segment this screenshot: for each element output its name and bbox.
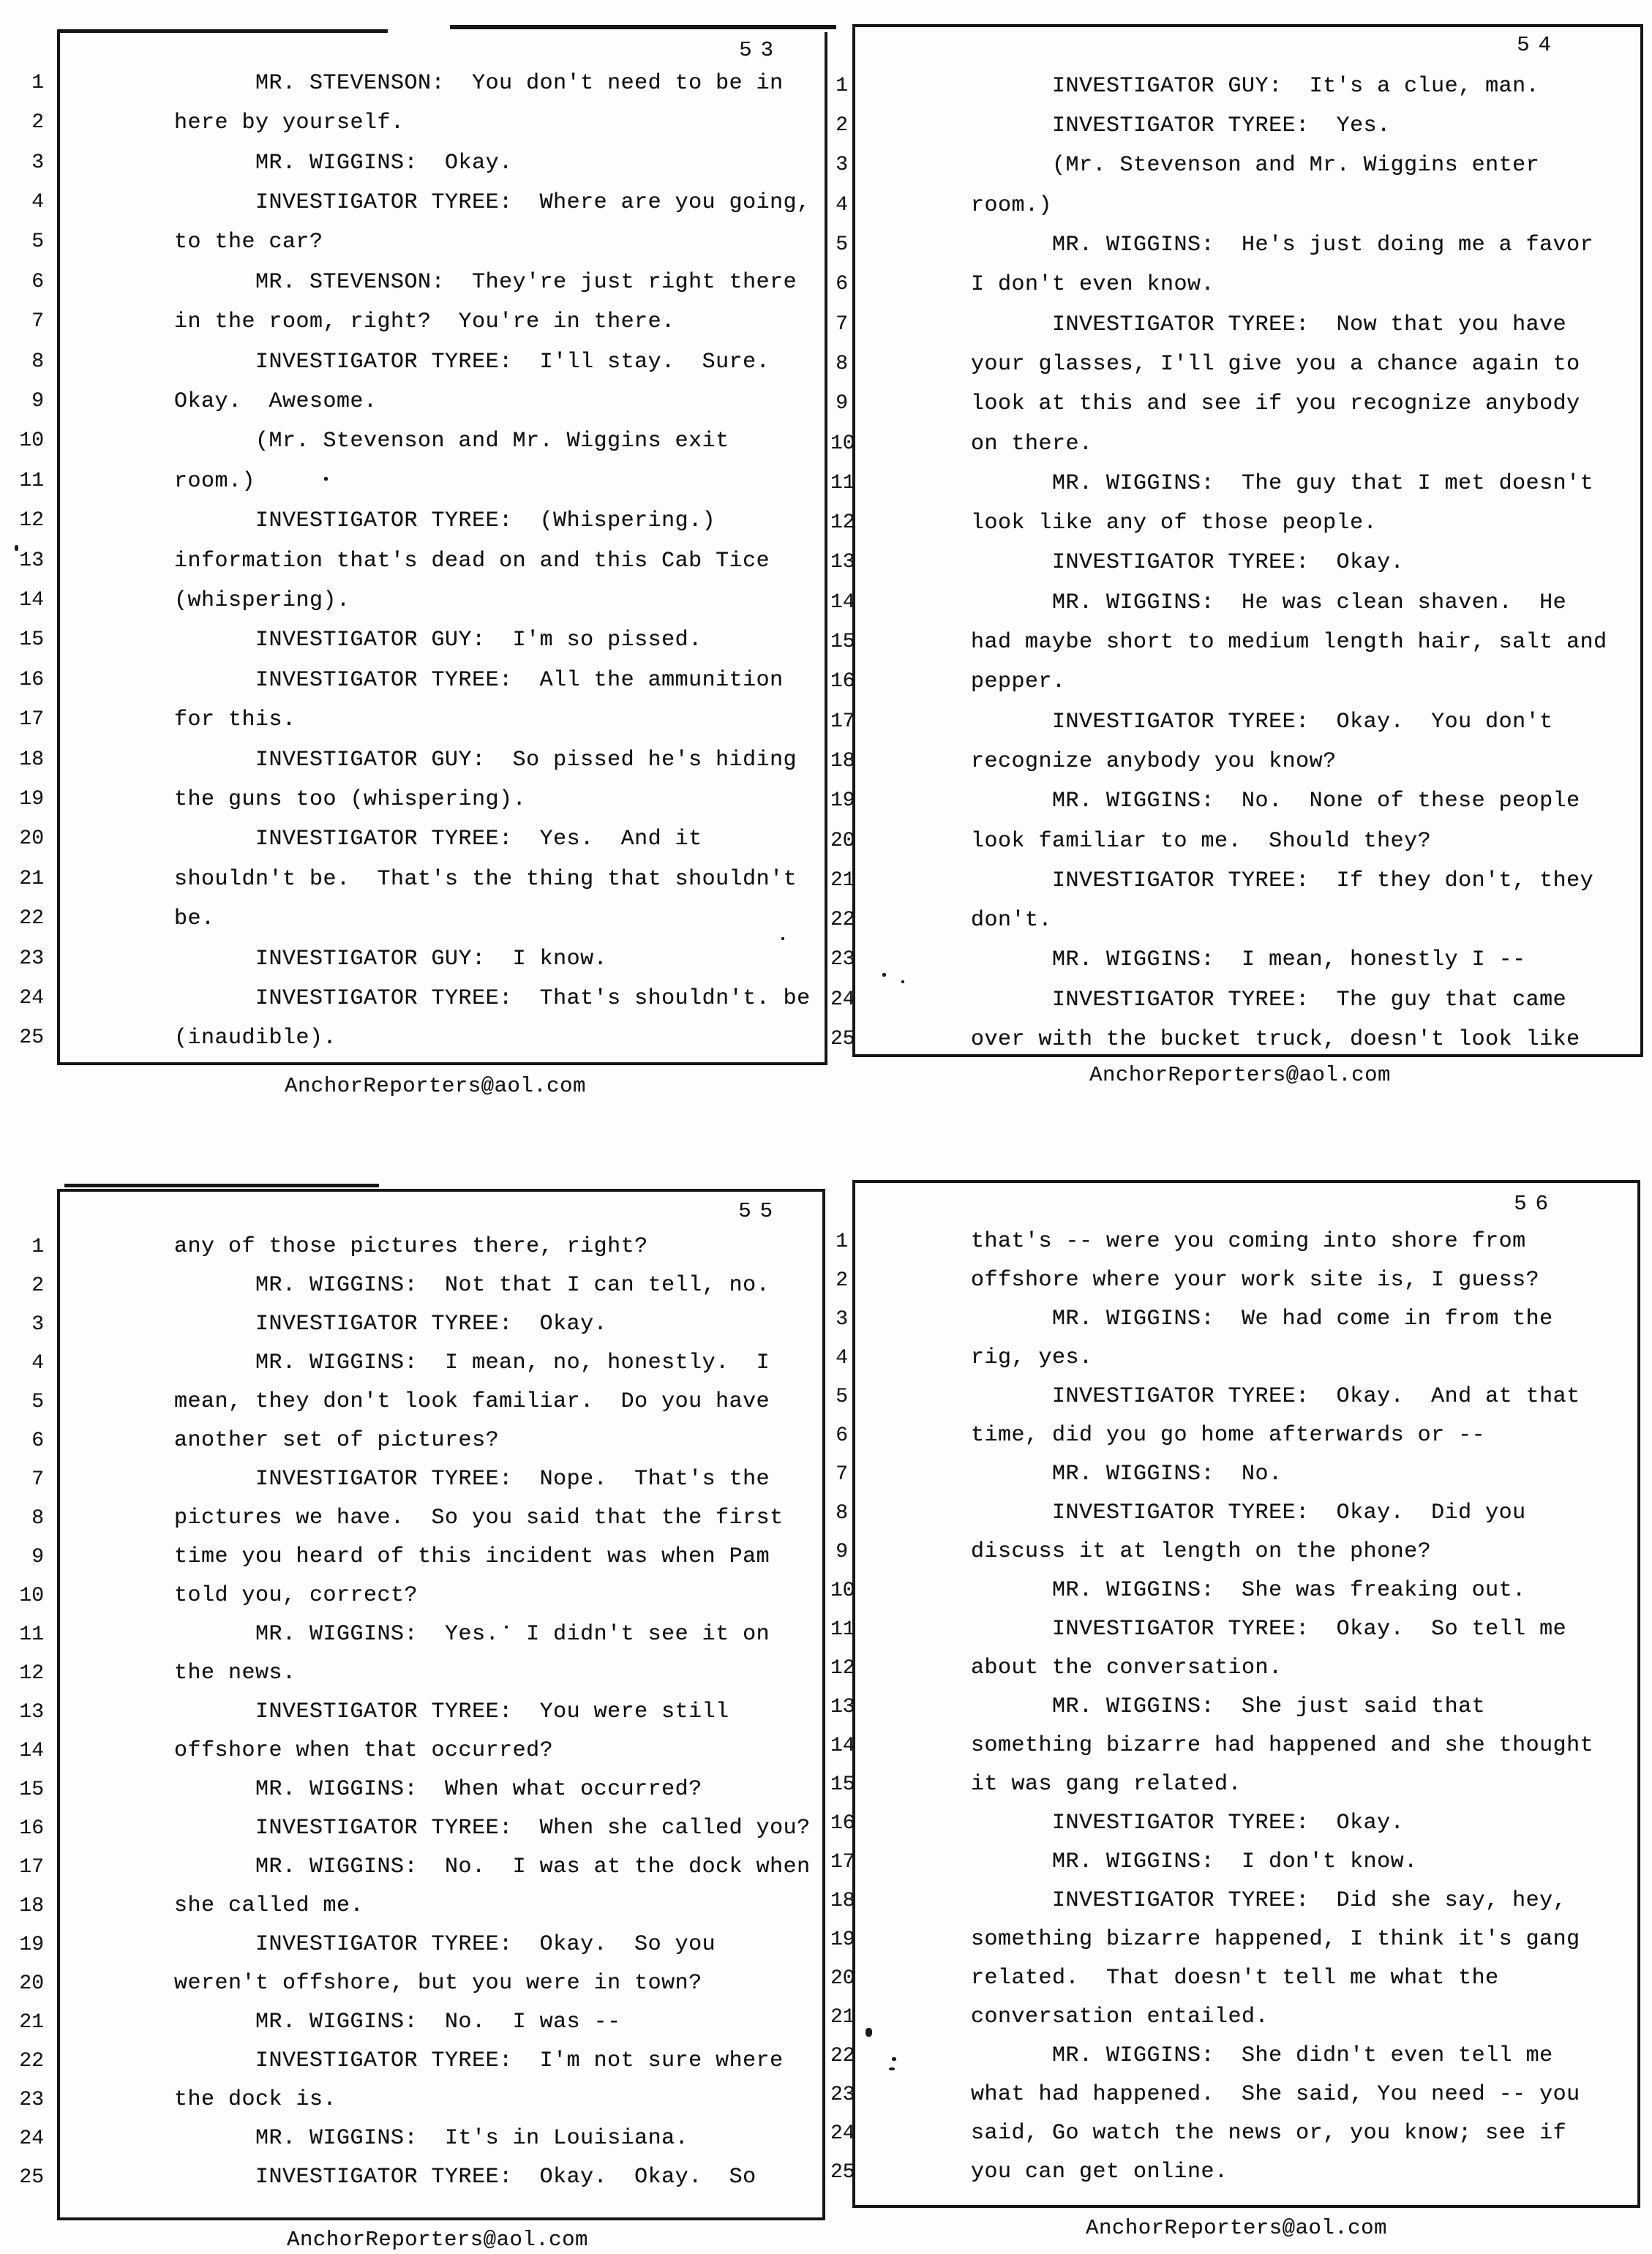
transcript-line-row: 14 MR. WIGGINS: He was clean shaven. He xyxy=(855,583,1640,623)
line-text: about the conversation. xyxy=(971,1649,1283,1688)
line-text: on there. xyxy=(971,424,1093,464)
line-text: INVESTIGATOR GUY: It's a clue, man. xyxy=(971,67,1539,106)
line-text: MR. WIGGINS: I mean, honestly I -- xyxy=(971,940,1526,980)
page-border-segment xyxy=(64,1184,379,1187)
line-number: 5 xyxy=(15,222,44,262)
transcript-line-row: 8pictures we have. So you said that the … xyxy=(60,1499,822,1538)
line-number: 15 xyxy=(830,623,848,662)
line-number: 17 xyxy=(15,700,44,740)
transcript-line-row: 10 (Mr. Stevenson and Mr. Wiggins exit xyxy=(60,421,825,461)
line-text: related. That doesn't tell me what the xyxy=(971,1959,1499,1998)
line-number: 1 xyxy=(15,64,44,103)
transcript-line-row: 16 INVESTIGATOR TYREE: All the ammunitio… xyxy=(60,661,825,700)
line-number: 20 xyxy=(15,819,44,859)
line-number: 23 xyxy=(830,2075,848,2114)
transcript-line-row: 23 INVESTIGATOR GUY: I know. xyxy=(60,939,825,979)
transcript-line-row: 6 MR. STEVENSON: They're just right ther… xyxy=(60,263,825,302)
line-number: 4 xyxy=(830,186,848,225)
line-text: to the car? xyxy=(174,222,323,262)
line-number: 21 xyxy=(15,2003,44,2042)
line-number: 8 xyxy=(830,1494,848,1533)
line-number: 2 xyxy=(830,1261,848,1300)
line-text: INVESTIGATOR TYREE: Okay. Did you xyxy=(971,1494,1526,1533)
line-number: 22 xyxy=(15,2042,44,2081)
line-number: 1 xyxy=(830,67,848,106)
transcript-line-row: 10 MR. WIGGINS: She was freaking out. xyxy=(855,1571,1637,1610)
line-number: 19 xyxy=(15,780,44,819)
transcript-line-row: 24 MR. WIGGINS: It's in Louisiana. xyxy=(60,2119,822,2158)
line-number: 6 xyxy=(830,265,848,304)
line-text: the news. xyxy=(174,1654,296,1693)
line-number: 3 xyxy=(15,1305,44,1344)
line-number: 16 xyxy=(15,661,44,700)
transcript-line-row: 10on there. xyxy=(855,424,1640,464)
line-number: 11 xyxy=(15,1615,44,1654)
transcript-line-row: 12 INVESTIGATOR TYREE: (Whispering.) xyxy=(60,501,825,541)
line-number: 3 xyxy=(830,146,848,185)
line-number: 19 xyxy=(15,1926,44,1964)
line-number: 13 xyxy=(15,1693,44,1732)
transcript-line-row: 12look like any of those people. xyxy=(855,503,1640,543)
transcript-line-row: 5 MR. WIGGINS: He's just doing me a favo… xyxy=(855,225,1640,265)
line-text: INVESTIGATOR TYREE: Okay. So you xyxy=(174,1926,716,1964)
transcript-line-row: 20 INVESTIGATOR TYREE: Yes. And it xyxy=(60,819,825,859)
line-text: INVESTIGATOR GUY: I'm so pissed. xyxy=(174,620,702,660)
line-text: MR. WIGGINS: She didn't even tell me xyxy=(971,2037,1553,2075)
page-border-segment xyxy=(450,25,836,29)
line-text: room.) xyxy=(174,462,255,501)
line-number: 7 xyxy=(830,1455,848,1494)
line-number: 6 xyxy=(830,1416,848,1455)
line-number: 14 xyxy=(830,1727,848,1765)
line-text: MR. WIGGINS: I don't know. xyxy=(971,1843,1418,1882)
line-number: 18 xyxy=(830,742,848,781)
line-text: INVESTIGATOR TYREE: Okay. Okay. So xyxy=(174,2158,756,2197)
line-number: 24 xyxy=(830,2114,848,2153)
line-number: 2 xyxy=(15,103,44,143)
line-text: MR. WIGGINS: The guy that I met doesn't xyxy=(971,464,1593,503)
scan-speck xyxy=(889,2067,895,2070)
line-text: INVESTIGATOR TYREE: That's shouldn't. be xyxy=(174,979,811,1018)
line-text: rig, yes. xyxy=(971,1339,1093,1378)
line-number: 8 xyxy=(830,345,848,384)
line-number: 4 xyxy=(830,1339,848,1378)
transcript-line-row: 5to the car? xyxy=(60,222,825,262)
line-text: INVESTIGATOR TYREE: If they don't, they xyxy=(971,861,1593,901)
line-number: 1 xyxy=(15,1228,44,1266)
transcript-line-row: 16 INVESTIGATOR TYREE: When she called y… xyxy=(60,1809,822,1848)
transcript-line-row: 20weren't offshore, but you were in town… xyxy=(60,1964,822,2003)
line-text: pictures we have. So you said that the f… xyxy=(174,1499,784,1538)
transcript-line-row: 2 MR. WIGGINS: Not that I can tell, no. xyxy=(60,1266,822,1305)
transcript-line-row: 21 INVESTIGATOR TYREE: If they don't, th… xyxy=(855,861,1640,901)
transcript-line-row: 10told you, correct? xyxy=(60,1577,822,1615)
transcript-line-row: 25you can get online. xyxy=(855,2153,1637,2192)
transcript-line-row: 4 MR. WIGGINS: I mean, no, honestly. I xyxy=(60,1344,822,1383)
transcript-line-row: 13 MR. WIGGINS: She just said that xyxy=(855,1688,1637,1727)
line-number: 17 xyxy=(830,702,848,742)
transcript-line-row: 21conversation entailed. xyxy=(855,1998,1637,2037)
transcript-line-row: 6I don't even know. xyxy=(855,265,1640,304)
line-text: time you heard of this incident was when… xyxy=(174,1538,770,1577)
line-number: 19 xyxy=(830,1920,848,1959)
transcript-line-row: 20related. That doesn't tell me what the xyxy=(855,1959,1637,1998)
transcript-line-row: 5mean, they don't look familiar. Do you … xyxy=(60,1383,822,1421)
line-number: 12 xyxy=(15,1654,44,1693)
line-text: MR. WIGGINS: No. None of these people xyxy=(971,781,1580,821)
line-text: look like any of those people. xyxy=(971,503,1377,543)
line-number: 3 xyxy=(15,143,44,183)
transcript-line-row: 7 MR. WIGGINS: No. xyxy=(855,1455,1637,1494)
line-text: conversation entailed. xyxy=(971,1998,1269,2037)
line-number: 18 xyxy=(830,1882,848,1920)
line-number: 11 xyxy=(830,464,848,503)
line-number: 15 xyxy=(15,1770,44,1809)
line-text: INVESTIGATOR TYREE: You were still xyxy=(174,1693,729,1732)
line-text: another set of pictures? xyxy=(174,1421,499,1460)
transcript-line-row: 5 INVESTIGATOR TYREE: Okay. And at that xyxy=(855,1378,1637,1416)
line-number: 7 xyxy=(15,302,44,342)
line-text: room.) xyxy=(971,186,1052,225)
line-text: told you, correct? xyxy=(174,1577,418,1615)
line-text: MR. STEVENSON: You don't need to be in xyxy=(174,64,784,103)
line-text: look familiar to me. Should they? xyxy=(971,822,1431,861)
transcript-line-row: 16 INVESTIGATOR TYREE: Okay. xyxy=(855,1804,1637,1843)
transcript-line-row: 9look at this and see if you recognize a… xyxy=(855,384,1640,424)
line-text: MR. WIGGINS: Not that I can tell, no. xyxy=(174,1266,770,1305)
transcript-line-row: 24 INVESTIGATOR TYREE: The guy that came xyxy=(855,980,1640,1020)
transcript-line-row: 3 (Mr. Stevenson and Mr. Wiggins enter xyxy=(855,146,1640,185)
line-text: MR. WIGGINS: She was freaking out. xyxy=(971,1571,1526,1610)
line-text: had maybe short to medium length hair, s… xyxy=(971,623,1607,662)
line-number: 20 xyxy=(15,1964,44,2003)
line-text: (whispering). xyxy=(174,581,350,620)
line-text: MR. WIGGINS: No. I was at the dock when xyxy=(174,1848,811,1887)
line-text: MR. WIGGINS: It's in Louisiana. xyxy=(174,2119,688,2158)
line-number: 10 xyxy=(830,424,848,464)
transcript-line-row: 1 MR. STEVENSON: You don't need to be in xyxy=(60,64,825,103)
transcript-line-row: 17for this. xyxy=(60,700,825,740)
line-text: (Mr. Stevenson and Mr. Wiggins exit xyxy=(174,421,729,461)
line-text: INVESTIGATOR GUY: I know. xyxy=(174,939,607,979)
line-text: (Mr. Stevenson and Mr. Wiggins enter xyxy=(971,146,1539,185)
line-number: 8 xyxy=(15,1499,44,1538)
line-text: INVESTIGATOR TYREE: Okay. You don't xyxy=(971,702,1553,742)
line-number: 15 xyxy=(15,620,44,660)
transcript-line-row: 15 MR. WIGGINS: When what occurred? xyxy=(60,1770,822,1809)
transcript-line-row: 6time, did you go home afterwards or -- xyxy=(855,1416,1637,1455)
line-number: 13 xyxy=(830,543,848,582)
transcript-line-row: 9time you heard of this incident was whe… xyxy=(60,1538,822,1577)
scan-speck xyxy=(892,2057,896,2061)
transcript-line-row: 17 INVESTIGATOR TYREE: Okay. You don't xyxy=(855,702,1640,742)
line-text: INVESTIGATOR GUY: So pissed he's hiding xyxy=(174,740,797,780)
transcript-line-row: 15 INVESTIGATOR GUY: I'm so pissed. xyxy=(60,620,825,660)
line-number: 22 xyxy=(15,899,44,939)
line-text: here by yourself. xyxy=(174,103,405,143)
line-text: MR. STEVENSON: They're just right there xyxy=(174,263,797,302)
transcript-line-row: 1that's -- were you coming into shore fr… xyxy=(855,1222,1637,1261)
line-number: 9 xyxy=(15,1538,44,1577)
line-text: time, did you go home afterwards or -- xyxy=(971,1416,1485,1455)
line-number: 23 xyxy=(830,940,848,980)
line-number: 14 xyxy=(15,1732,44,1770)
transcript-line-row: 9discuss it at length on the phone? xyxy=(855,1533,1637,1571)
line-text: look at this and see if you recognize an… xyxy=(971,384,1580,424)
line-number: 6 xyxy=(15,1421,44,1460)
line-number: 16 xyxy=(15,1809,44,1848)
transcript-line-row: 22don't. xyxy=(855,901,1640,940)
transcript-line-row: 24 INVESTIGATOR TYREE: That's shouldn't.… xyxy=(60,979,825,1018)
line-number: 25 xyxy=(830,1020,848,1059)
transcript-line-row: 15had maybe short to medium length hair,… xyxy=(855,623,1640,662)
line-text: MR. WIGGINS: I mean, no, honestly. I xyxy=(174,1344,770,1383)
transcript-line-row: 14offshore when that occurred? xyxy=(60,1732,822,1770)
transcript-line-row: 11 MR. WIGGINS: Yes. I didn't see it on xyxy=(60,1615,822,1654)
line-text: INVESTIGATOR TYREE: Okay. xyxy=(971,1804,1404,1843)
line-text: INVESTIGATOR TYREE: I'm not sure where xyxy=(174,2042,784,2081)
line-number: 4 xyxy=(15,183,44,222)
line-text: MR. WIGGINS: We had come in from the xyxy=(971,1300,1553,1339)
transcript-line-row: 22 INVESTIGATOR TYREE: I'm not sure wher… xyxy=(60,2042,822,2081)
line-number: 25 xyxy=(15,2158,44,2197)
line-text: MR. WIGGINS: No. I was -- xyxy=(174,2003,621,2042)
transcript-line-row: 15it was gang related. xyxy=(855,1765,1637,1804)
line-text: INVESTIGATOR TYREE: Okay. And at that xyxy=(971,1378,1580,1416)
line-text: weren't offshore, but you were in town? xyxy=(174,1964,702,2003)
page-number: 56 xyxy=(1514,1192,1557,1216)
line-number: 13 xyxy=(830,1688,848,1727)
transcript-line-row: 7in the room, right? You're in there. xyxy=(60,302,825,342)
line-text: offshore where your work site is, I gues… xyxy=(971,1261,1539,1300)
line-text: pepper. xyxy=(971,662,1066,702)
transcript-line-row: 18 INVESTIGATOR TYREE: Did she say, hey, xyxy=(855,1882,1637,1920)
line-number: 11 xyxy=(15,462,44,501)
line-text: you can get online. xyxy=(971,2153,1228,2192)
line-text: MR. WIGGINS: Okay. xyxy=(174,143,513,183)
page-number: 55 xyxy=(738,1199,781,1223)
line-number: 12 xyxy=(830,1649,848,1688)
line-number: 25 xyxy=(830,2153,848,2192)
line-text: that's -- were you coming into shore fro… xyxy=(971,1222,1526,1261)
line-text: INVESTIGATOR TYREE: Now that you have xyxy=(971,305,1566,345)
transcript-page-54: 541 INVESTIGATOR GUY: It's a clue, man.2… xyxy=(852,24,1643,1057)
line-number: 9 xyxy=(15,382,44,421)
transcript-line-row: 13 INVESTIGATOR TYREE: Okay. xyxy=(855,543,1640,582)
line-text: any of those pictures there, right? xyxy=(174,1228,648,1266)
line-number: 21 xyxy=(830,1998,848,2037)
transcript-line-row: 17 MR. WIGGINS: No. I was at the dock wh… xyxy=(60,1848,822,1887)
transcript-line-row: 8 INVESTIGATOR TYREE: Okay. Did you xyxy=(855,1494,1637,1533)
transcript-line-row: 18she called me. xyxy=(60,1887,822,1926)
scan-speck xyxy=(324,477,328,481)
line-number: 21 xyxy=(15,860,44,899)
line-number: 2 xyxy=(15,1266,44,1305)
line-text: for this. xyxy=(174,700,296,740)
line-text: something bizarre happened, I think it's… xyxy=(971,1920,1580,1959)
line-number: 22 xyxy=(830,901,848,940)
line-text: discuss it at length on the phone? xyxy=(971,1533,1431,1571)
line-number: 3 xyxy=(830,1300,848,1339)
line-text: I don't even know. xyxy=(971,265,1214,304)
line-number: 6 xyxy=(15,263,44,302)
transcript-line-row: 2here by yourself. xyxy=(60,103,825,143)
line-number: 20 xyxy=(830,1959,848,1998)
transcript-line-row: 2offshore where your work site is, I gue… xyxy=(855,1261,1637,1300)
transcript-line-row: 18recognize anybody you know? xyxy=(855,742,1640,781)
scan-speck xyxy=(505,1626,508,1628)
line-text: Okay. Awesome. xyxy=(174,382,378,421)
line-text: INVESTIGATOR TYREE: Okay. So tell me xyxy=(971,1610,1566,1649)
transcript-line-row: 12the news. xyxy=(60,1654,822,1693)
transcript-line-row: 3 MR. WIGGINS: Okay. xyxy=(60,143,825,183)
line-number: 17 xyxy=(15,1848,44,1887)
transcript-line-row: 14(whispering). xyxy=(60,581,825,620)
transcript-line-row: 25over with the bucket truck, doesn't lo… xyxy=(855,1020,1640,1059)
line-number: 16 xyxy=(830,1804,848,1843)
line-text: INVESTIGATOR TYREE: Yes. xyxy=(971,106,1391,146)
transcript-line-row: 1any of those pictures there, right? xyxy=(60,1228,822,1266)
footer-email: AnchorReporters@aol.com xyxy=(1089,1063,1391,1087)
line-text: don't. xyxy=(971,901,1052,940)
line-text: INVESTIGATOR TYREE: Did she say, hey, xyxy=(971,1882,1566,1920)
line-number: 7 xyxy=(830,305,848,345)
line-number: 17 xyxy=(830,1843,848,1882)
transcript-line-row: 19something bizarre happened, I think it… xyxy=(855,1920,1637,1959)
line-text: something bizarre had happened and she t… xyxy=(971,1727,1593,1765)
line-text: INVESTIGATOR TYREE: All the ammunition xyxy=(174,661,784,700)
line-number: 12 xyxy=(830,503,848,543)
line-number: 5 xyxy=(15,1383,44,1421)
transcript-line-row: 4room.) xyxy=(855,186,1640,225)
line-text: shouldn't be. That's the thing that shou… xyxy=(174,860,797,899)
line-text: said, Go watch the news or, you know; se… xyxy=(971,2114,1566,2153)
line-text: INVESTIGATOR TYREE: Yes. And it xyxy=(174,819,702,859)
line-number: 24 xyxy=(15,979,44,1018)
line-number: 5 xyxy=(830,1378,848,1416)
line-number: 9 xyxy=(830,384,848,424)
transcript-line-row: 11room.) xyxy=(60,462,825,501)
line-number: 14 xyxy=(830,583,848,623)
scan-speck xyxy=(781,937,784,940)
line-number: 11 xyxy=(830,1610,848,1649)
transcript-line-row: 11 INVESTIGATOR TYREE: Okay. So tell me xyxy=(855,1610,1637,1649)
transcript-line-row: 2 INVESTIGATOR TYREE: Yes. xyxy=(855,106,1640,146)
transcript-line-row: 25 INVESTIGATOR TYREE: Okay. Okay. So xyxy=(60,2158,822,2197)
line-text: mean, they don't look familiar. Do you h… xyxy=(174,1383,770,1421)
transcript-line-row: 19the guns too (whispering). xyxy=(60,780,825,819)
line-text: INVESTIGATOR TYREE: Where are you going, xyxy=(174,183,811,222)
transcript-line-row: 18 INVESTIGATOR GUY: So pissed he's hidi… xyxy=(60,740,825,780)
transcript-line-row: 25(inaudible). xyxy=(60,1018,825,1058)
line-text: offshore when that occurred? xyxy=(174,1732,553,1770)
line-text: what had happened. She said, You need --… xyxy=(971,2075,1580,2114)
line-text: your glasses, I'll give you a chance aga… xyxy=(971,345,1580,384)
line-number: 24 xyxy=(830,980,848,1020)
footer-email: AnchorReporters@aol.com xyxy=(285,1074,586,1098)
line-number: 9 xyxy=(830,1533,848,1571)
transcript-line-row: 12about the conversation. xyxy=(855,1649,1637,1688)
scan-speck xyxy=(866,2028,872,2037)
footer-email: AnchorReporters@aol.com xyxy=(1086,2216,1387,2240)
footer-email: AnchorReporters@aol.com xyxy=(287,2228,588,2252)
transcript-line-row: 1 INVESTIGATOR GUY: It's a clue, man. xyxy=(855,67,1640,106)
line-text: INVESTIGATOR TYREE: When she called you? xyxy=(174,1809,811,1848)
line-text: INVESTIGATOR TYREE: Nope. That's the xyxy=(174,1460,770,1499)
transcript-line-row: 22 MR. WIGGINS: She didn't even tell me xyxy=(855,2037,1637,2075)
line-number: 25 xyxy=(15,1018,44,1058)
line-number: 13 xyxy=(15,541,44,581)
line-number: 23 xyxy=(15,2081,44,2119)
line-number: 12 xyxy=(15,501,44,541)
line-number: 5 xyxy=(830,225,848,265)
line-text: MR. WIGGINS: Yes. I didn't see it on xyxy=(174,1615,770,1654)
line-number: 18 xyxy=(15,1887,44,1926)
transcript-page-56: 561that's -- were you coming into shore … xyxy=(852,1180,1640,2208)
transcript-line-row: 6another set of pictures? xyxy=(60,1421,822,1460)
line-text: in the room, right? You're in there. xyxy=(174,302,675,342)
line-number: 4 xyxy=(15,1344,44,1383)
line-text: it was gang related. xyxy=(971,1765,1242,1804)
transcript-line-row: 22be. xyxy=(60,899,825,939)
line-number: 10 xyxy=(15,1577,44,1615)
transcript-line-row: 19 INVESTIGATOR TYREE: Okay. So you xyxy=(60,1926,822,1964)
line-text: the dock is. xyxy=(174,2081,337,2119)
transcript-page-53: 531 MR. STEVENSON: You don't need to be … xyxy=(57,32,827,1065)
line-text: MR. WIGGINS: He was clean shaven. He xyxy=(971,583,1566,623)
scan-speck xyxy=(882,973,886,977)
transcript-line-row: 4rig, yes. xyxy=(855,1339,1637,1378)
transcript-line-row: 4 INVESTIGATOR TYREE: Where are you goin… xyxy=(60,183,825,222)
transcript-line-row: 3 MR. WIGGINS: We had come in from the xyxy=(855,1300,1637,1339)
line-number: 1 xyxy=(830,1222,848,1261)
transcript-line-row: 20look familiar to me. Should they? xyxy=(855,822,1640,861)
line-text: MR. WIGGINS: When what occurred? xyxy=(174,1770,702,1809)
scanned-transcript-sheet: 531 MR. STEVENSON: You don't need to be … xyxy=(0,0,1652,2254)
line-number: 8 xyxy=(15,342,44,382)
line-number: 2 xyxy=(830,106,848,146)
line-text: recognize anybody you know? xyxy=(971,742,1337,781)
line-number: 24 xyxy=(15,2119,44,2158)
transcript-line-row: 23the dock is. xyxy=(60,2081,822,2119)
transcript-line-row: 21shouldn't be. That's the thing that sh… xyxy=(60,860,825,899)
line-number: 22 xyxy=(830,2037,848,2075)
line-text: over with the bucket truck, doesn't look… xyxy=(971,1020,1580,1059)
line-text: she called me. xyxy=(174,1887,364,1926)
line-text: MR. WIGGINS: He's just doing me a favor xyxy=(971,225,1593,265)
transcript-line-row: 13 INVESTIGATOR TYREE: You were still xyxy=(60,1693,822,1732)
page-number: 54 xyxy=(1517,33,1560,57)
transcript-line-row: 24said, Go watch the news or, you know; … xyxy=(855,2114,1637,2153)
transcript-line-row: 7 INVESTIGATOR TYREE: Now that you have xyxy=(855,305,1640,345)
page-border-segment xyxy=(57,29,388,33)
page-number: 53 xyxy=(739,38,782,62)
transcript-line-row: 8your glasses, I'll give you a chance ag… xyxy=(855,345,1640,384)
transcript-line-row: 13information that's dead on and this Ca… xyxy=(60,541,825,581)
transcript-page-55: 551any of those pictures there, right?2 … xyxy=(57,1189,825,2220)
transcript-line-row: 8 INVESTIGATOR TYREE: I'll stay. Sure. xyxy=(60,342,825,382)
line-number: 20 xyxy=(830,822,848,861)
line-number: 10 xyxy=(830,1571,848,1610)
transcript-line-row: 23 MR. WIGGINS: I mean, honestly I -- xyxy=(855,940,1640,980)
line-text: information that's dead on and this Cab … xyxy=(174,541,770,581)
line-number: 15 xyxy=(830,1765,848,1804)
line-text: (inaudible). xyxy=(174,1018,337,1058)
line-number: 14 xyxy=(15,581,44,620)
line-number: 7 xyxy=(15,1460,44,1499)
line-text: INVESTIGATOR TYREE: Okay. xyxy=(174,1305,607,1344)
scan-speck xyxy=(901,980,904,983)
